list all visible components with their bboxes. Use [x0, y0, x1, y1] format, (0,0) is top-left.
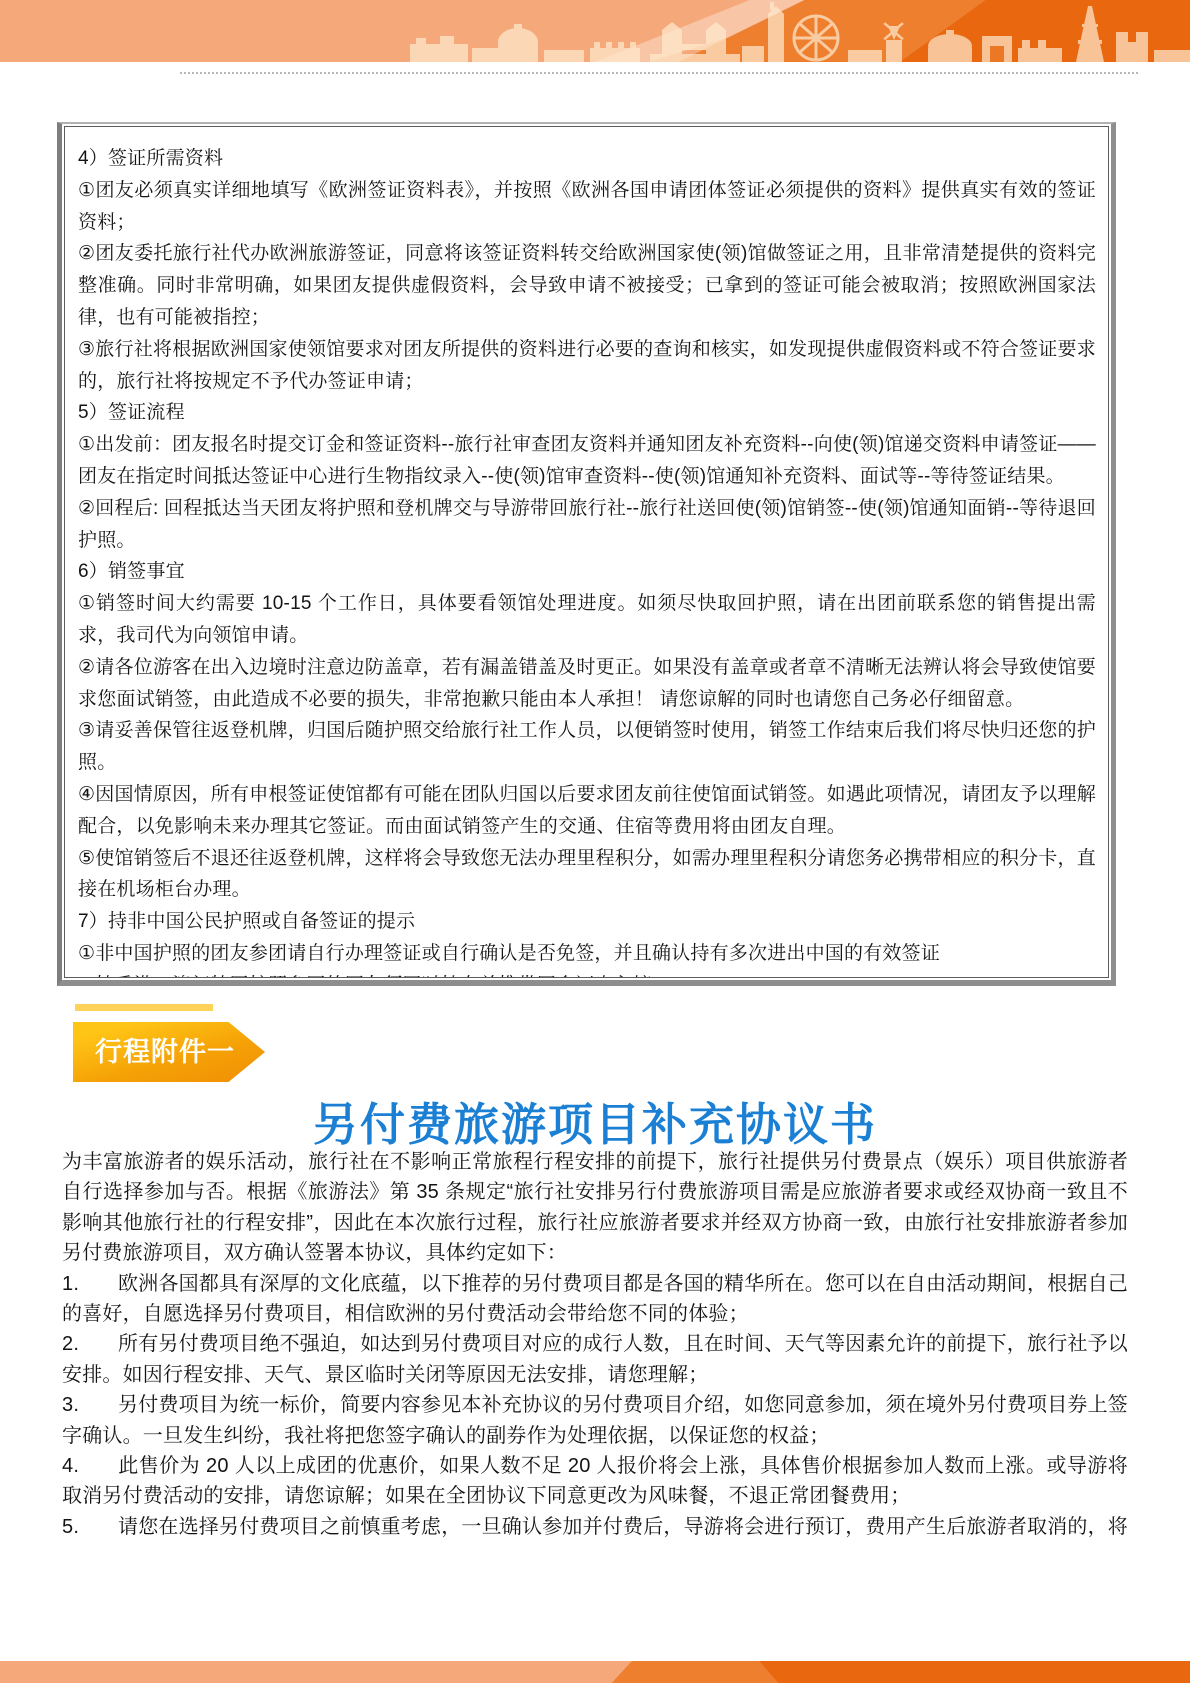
visa-paragraph: ①团友必须真实详细地填写《欧洲签证资料表》，并按照《欧洲各国申请团体签证必须提供… [78, 175, 1096, 239]
visa-section-heading: 7）持非中国公民护照或自备签证的提示 [78, 906, 1096, 938]
visa-section-heading: 4）签证所需资料 [78, 143, 1096, 175]
visa-paragraph: ①销签时间大约需要 10-15 个工作日，具体要看领馆处理进度。如须尽快取回护照… [78, 588, 1096, 652]
agreement-item: 1.欧洲各国都具有深厚的文化底蕴，以下推荐的另付费项目都是各国的精华所在。您可以… [62, 1269, 1128, 1330]
agreement-intro: 为丰富旅游者的娱乐活动，旅行社在不影响正常旅程行程安排的前提下，旅行社提供另付费… [62, 1147, 1128, 1269]
visa-paragraph: ④因国情原因，所有申根签证使馆都有可能在团队归国以后要求团友前往使馆面试销签。如… [78, 779, 1096, 843]
top-banner [0, 0, 1190, 62]
ribbon-top-strip [75, 1004, 213, 1011]
city-skyline-icon [410, 0, 1190, 62]
agreement-item-number: 2. [62, 1329, 118, 1359]
document-page: 4）签证所需资料 ①团友必须真实详细地填写《欧洲签证资料表》，并按照《欧洲各国申… [0, 0, 1190, 1683]
page-title: 另付费旅游项目补充协议书 [0, 1088, 1190, 1153]
agreement-item-text: 此售价为 20 人以上成团的优惠价，如果人数不足 20 人报价将会上涨，具体售价… [62, 1455, 1128, 1507]
visa-section-heading: 5）签证流程 [78, 397, 1096, 429]
visa-paragraph: ⑤使馆销签后不退还往返登机牌，这样将会导致您无法办理里程积分，如需办理里程积分请… [78, 843, 1096, 907]
agreement-item-number: 1. [62, 1269, 118, 1299]
visa-info-box: 4）签证所需资料 ①团友必须真实详细地填写《欧洲签证资料表》，并按照《欧洲各国申… [57, 122, 1116, 986]
visa-paragraph: ②回程后: 回程抵达当天团友将护照和登机牌交与导游带回旅行社--旅行社送回使(领… [78, 493, 1096, 557]
agreement-item: 2.所有另付费项目绝不强迫，如达到另付费项目对应的成行人数，且在时间、天气等因素… [62, 1329, 1128, 1390]
visa-paragraph: ①非中国护照的团友参团请自行办理签证或自行确认是否免签，并且确认持有多次进出中国… [78, 938, 1096, 970]
agreement-item-number: 5. [62, 1512, 118, 1542]
agreement-item-text: 另付费项目为统一标价，简要内容参见本补充协议的另付费项目介绍，如您同意参加，须在… [62, 1394, 1128, 1446]
visa-paragraph: ③请妥善保管往返登机牌，归国后随护照交给旅行社工作人员，以便销签时使用，销签工作… [78, 715, 1096, 779]
attachment-ribbon-label: 行程附件一 [73, 1022, 265, 1082]
visa-paragraph: ②持香港、澳门特区护照参团的团友须同时持有并携带回乡证出入境。 [78, 970, 1096, 978]
visa-paragraph: ③旅行社将根据欧洲国家使领馆要求对团友所提供的资料进行必要的查询和核实，如发现提… [78, 334, 1096, 398]
attachment-ribbon: 行程附件一 [73, 1022, 265, 1082]
agreement-item-text: 请您在选择另付费项目之前慎重考虑，一旦确认参加并付费后，导游将会进行预订，费用产… [118, 1516, 1128, 1538]
agreement-item: 5.请您在选择另付费项目之前慎重考虑，一旦确认参加并付费后，导游将会进行预订，费… [62, 1512, 1128, 1542]
visa-info-content: 4）签证所需资料 ①团友必须真实详细地填写《欧洲签证资料表》，并按照《欧洲各国申… [64, 126, 1109, 978]
bottom-banner [0, 1661, 1190, 1683]
visa-paragraph: ②请各位游客在出入边境时注意边防盖章，若有漏盖错盖及时更正。如果没有盖章或者章不… [78, 652, 1096, 716]
visa-section-heading: 6）销签事宜 [78, 556, 1096, 588]
agreement-body: 为丰富旅游者的娱乐活动，旅行社在不影响正常旅程行程安排的前提下，旅行社提供另付费… [62, 1147, 1128, 1542]
agreement-item-number: 4. [62, 1451, 118, 1481]
bottom-banner-dark-wedge [0, 1661, 1190, 1683]
dotted-divider [180, 72, 1138, 74]
agreement-item-text: 所有另付费项目绝不强迫，如达到另付费项目对应的成行人数，且在时间、天气等因素允许… [62, 1333, 1128, 1385]
visa-paragraph: ①出发前：团友报名时提交订金和签证资料--旅行社审查团友资料并通知团友补充资料-… [78, 429, 1096, 493]
visa-paragraph: ②团友委托旅行社代办欧洲旅游签证，同意将该签证资料转交给欧洲国家使(领)馆做签证… [78, 238, 1096, 333]
agreement-item-number: 3. [62, 1390, 118, 1420]
agreement-item-text: 欧洲各国都具有深厚的文化底蕴，以下推荐的另付费项目都是各国的精华所在。您可以在自… [62, 1273, 1128, 1325]
agreement-item: 3.另付费项目为统一标价，简要内容参见本补充协议的另付费项目介绍，如您同意参加，… [62, 1390, 1128, 1451]
agreement-item: 4.此售价为 20 人以上成团的优惠价，如果人数不足 20 人报价将会上涨，具体… [62, 1451, 1128, 1512]
